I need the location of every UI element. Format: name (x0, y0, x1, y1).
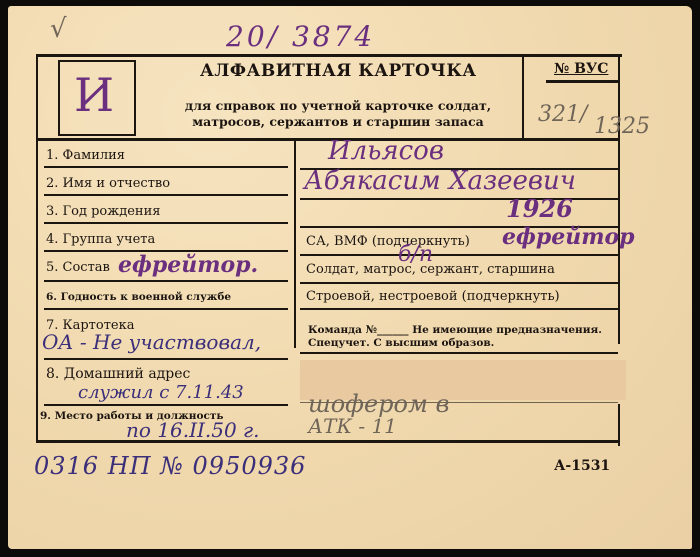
field-label-composition: 5. Состав (46, 260, 110, 275)
field-label-address: 8. Домашний адрес (46, 366, 190, 382)
form-code: А-1531 (554, 458, 610, 474)
vus-divider (522, 56, 524, 138)
rule (300, 282, 618, 284)
field-label-fitness: 6. Годность к военной службе (46, 291, 231, 303)
service-branch-value: ефрейтор (502, 224, 635, 250)
rule (44, 404, 288, 406)
command-line-2: Спецучет. С высшим образов. (308, 337, 494, 349)
duty-type-label: Строевой, нестроевой (подчеркнуть) (306, 289, 560, 304)
vus-value-part1: 321/ (538, 102, 587, 127)
subtitle-line-2: матросов, сержантов и старшин запаса (158, 114, 518, 130)
birth-year-value: 1926 (506, 194, 573, 223)
vus-underline (546, 80, 618, 83)
alphabet-card: √ 20/ 3874 И АЛФАВИТНАЯ КАРТОЧКА для спр… (8, 6, 692, 549)
top-border (38, 54, 622, 57)
pencil-note-2: АТК - 11 (308, 414, 397, 438)
rule (44, 280, 288, 282)
rule (44, 194, 288, 196)
letter-box: И (58, 60, 136, 136)
rule (300, 254, 618, 256)
right-border-upper (618, 54, 620, 344)
check-mark: √ (50, 14, 67, 44)
rank-value: б/п (398, 242, 433, 267)
field-label-birth-year: 3. Год рождения (46, 204, 160, 219)
vus-label: № ВУС (554, 61, 608, 77)
bottom-handwritten-number: 0316 НП № 0950936 (34, 452, 306, 480)
command-line-1: Команда №______ Не имеющие предназначени… (308, 324, 602, 336)
field-label-surname: 1. Фамилия (46, 148, 125, 163)
top-registration-number: 20/ 3874 (226, 20, 375, 53)
rule (300, 308, 618, 310)
vus-value-part2: 1325 (594, 114, 650, 139)
file-value: ОА - Не участвовал, (42, 330, 261, 354)
bottom-border (36, 440, 620, 443)
card-subtitle: для справок по учетной карточке солдат, … (158, 98, 518, 130)
composition-value: ефрейтор. (118, 252, 258, 278)
name-value: Абякасим Хазеевич (304, 166, 576, 196)
surname-value: Ильясов (328, 136, 444, 166)
left-border (36, 54, 38, 442)
service-branch-label: СА, ВМФ (подчеркнуть) (306, 234, 470, 249)
rule (300, 352, 618, 354)
rule (44, 358, 288, 360)
subtitle-line-1: для справок по учетной карточке солдат, (158, 98, 518, 114)
field-label-group: 4. Группа учета (46, 232, 155, 247)
card-title: АЛФАВИТНАЯ КАРТОЧКА (200, 61, 477, 81)
rule (44, 308, 288, 310)
address-value: служил с 7.11.43 (78, 382, 244, 403)
workplace-value: по 16.II.50 г. (126, 418, 260, 442)
rule (44, 222, 288, 224)
rule (44, 166, 288, 168)
field-label-name: 2. Имя и отчество (46, 176, 170, 191)
column-divider (294, 140, 296, 348)
surname-initial: И (74, 68, 114, 122)
